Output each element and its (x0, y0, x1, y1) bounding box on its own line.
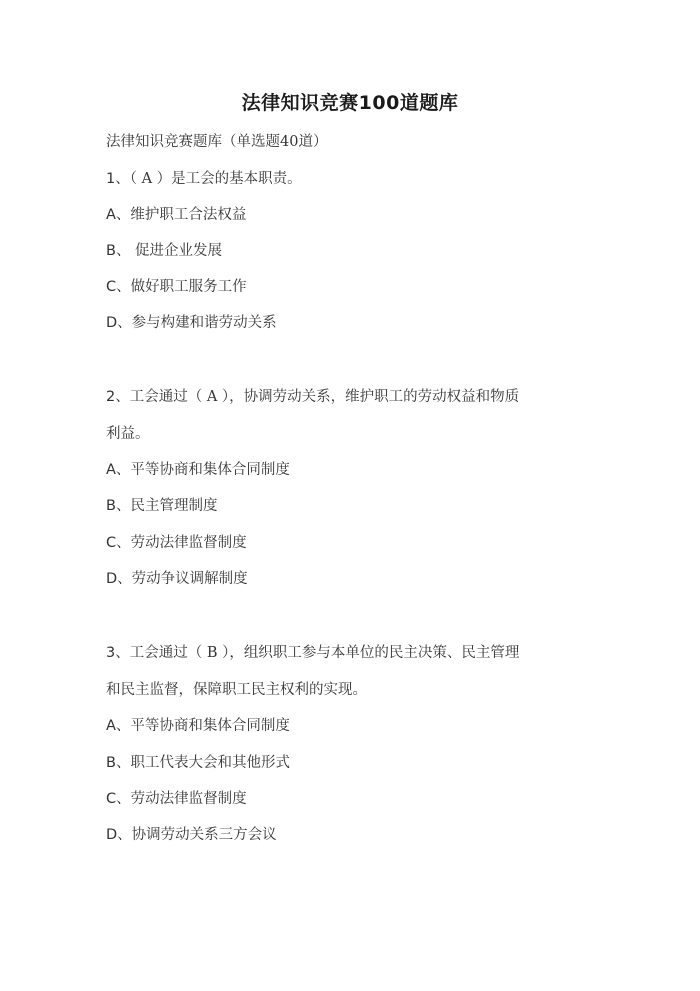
question-2-option-c: C、劳动法律监督制度 (106, 533, 247, 553)
question-text: 工会通过（ A ），协调劳动关系，维护职工的劳动权益和物质 (130, 389, 519, 405)
document-title: 法律知识竞赛100道题库 (0, 88, 700, 115)
question-1-option-a: A、维护职工合法权益 (106, 205, 246, 225)
option-label: B、 (106, 243, 130, 259)
option-label: D、 (106, 827, 132, 843)
question-3-option-b: B、职工代表大会和其他形式 (106, 753, 290, 773)
option-label: A、 (106, 462, 130, 478)
option-label: C、 (106, 279, 131, 295)
question-1-option-b: B、 促进企业发展 (106, 241, 222, 261)
option-text: 维护职工合法权益 (130, 207, 246, 223)
option-text: 促进企业发展 (130, 243, 222, 259)
question-3-option-d: D、协调劳动关系三方会议 (106, 825, 277, 845)
question-1-option-d: D、参与构建和谐劳动关系 (106, 313, 277, 333)
question-text: （ A ）是工会的基本职责。 (130, 171, 302, 187)
option-text: 协调劳动关系三方会议 (132, 827, 277, 843)
option-label: D、 (106, 315, 132, 331)
document-page: 法律知识竞赛100道题库 法律知识竞赛题库（单选题40道） 1、（ A ）是工会… (0, 0, 700, 991)
question-3-option-a: A、平等协商和集体合同制度 (106, 716, 290, 736)
option-text: 平等协商和集体合同制度 (130, 462, 290, 478)
question-3-option-c: C、劳动法律监督制度 (106, 789, 247, 809)
question-number: 1、 (106, 171, 130, 187)
option-text: 劳动法律监督制度 (131, 535, 247, 551)
question-2-option-a: A、平等协商和集体合同制度 (106, 460, 290, 480)
question-1-option-c: C、做好职工服务工作 (106, 277, 247, 297)
option-label: B、 (106, 498, 130, 514)
question-text: 工会通过（ B ），组织职工参与本单位的民主决策、民主管理 (130, 645, 520, 661)
option-text: 民主管理制度 (130, 498, 217, 514)
option-text: 做好职工服务工作 (131, 279, 247, 295)
option-label: D、 (106, 571, 132, 587)
question-number: 2、 (106, 389, 130, 405)
question-2-stem-line-1: 2、工会通过（ A ），协调劳动关系，维护职工的劳动权益和物质 (106, 387, 519, 407)
option-label: A、 (106, 207, 130, 223)
question-3-stem-line-1: 3、工会通过（ B ），组织职工参与本单位的民主决策、民主管理 (106, 643, 519, 663)
option-text: 职工代表大会和其他形式 (130, 755, 290, 771)
question-2-option-b: B、民主管理制度 (106, 496, 217, 516)
option-label: B、 (106, 755, 130, 771)
option-text: 平等协商和集体合同制度 (130, 718, 290, 734)
option-text: 劳动法律监督制度 (131, 791, 247, 807)
option-label: A、 (106, 718, 130, 734)
question-3-stem-line-2: 和民主监督，保障职工民主权利的实现。 (106, 680, 367, 700)
question-1-stem: 1、（ A ）是工会的基本职责。 (106, 169, 302, 189)
question-number: 3、 (106, 645, 130, 661)
option-text: 劳动争议调解制度 (132, 571, 248, 587)
question-2-stem-line-2: 利益。 (106, 424, 150, 444)
option-label: C、 (106, 791, 131, 807)
option-text: 参与构建和谐劳动关系 (132, 315, 277, 331)
option-label: C、 (106, 535, 131, 551)
question-2-option-d: D、劳动争议调解制度 (106, 569, 248, 589)
section-subtitle: 法律知识竞赛题库（单选题40道） (106, 132, 327, 152)
